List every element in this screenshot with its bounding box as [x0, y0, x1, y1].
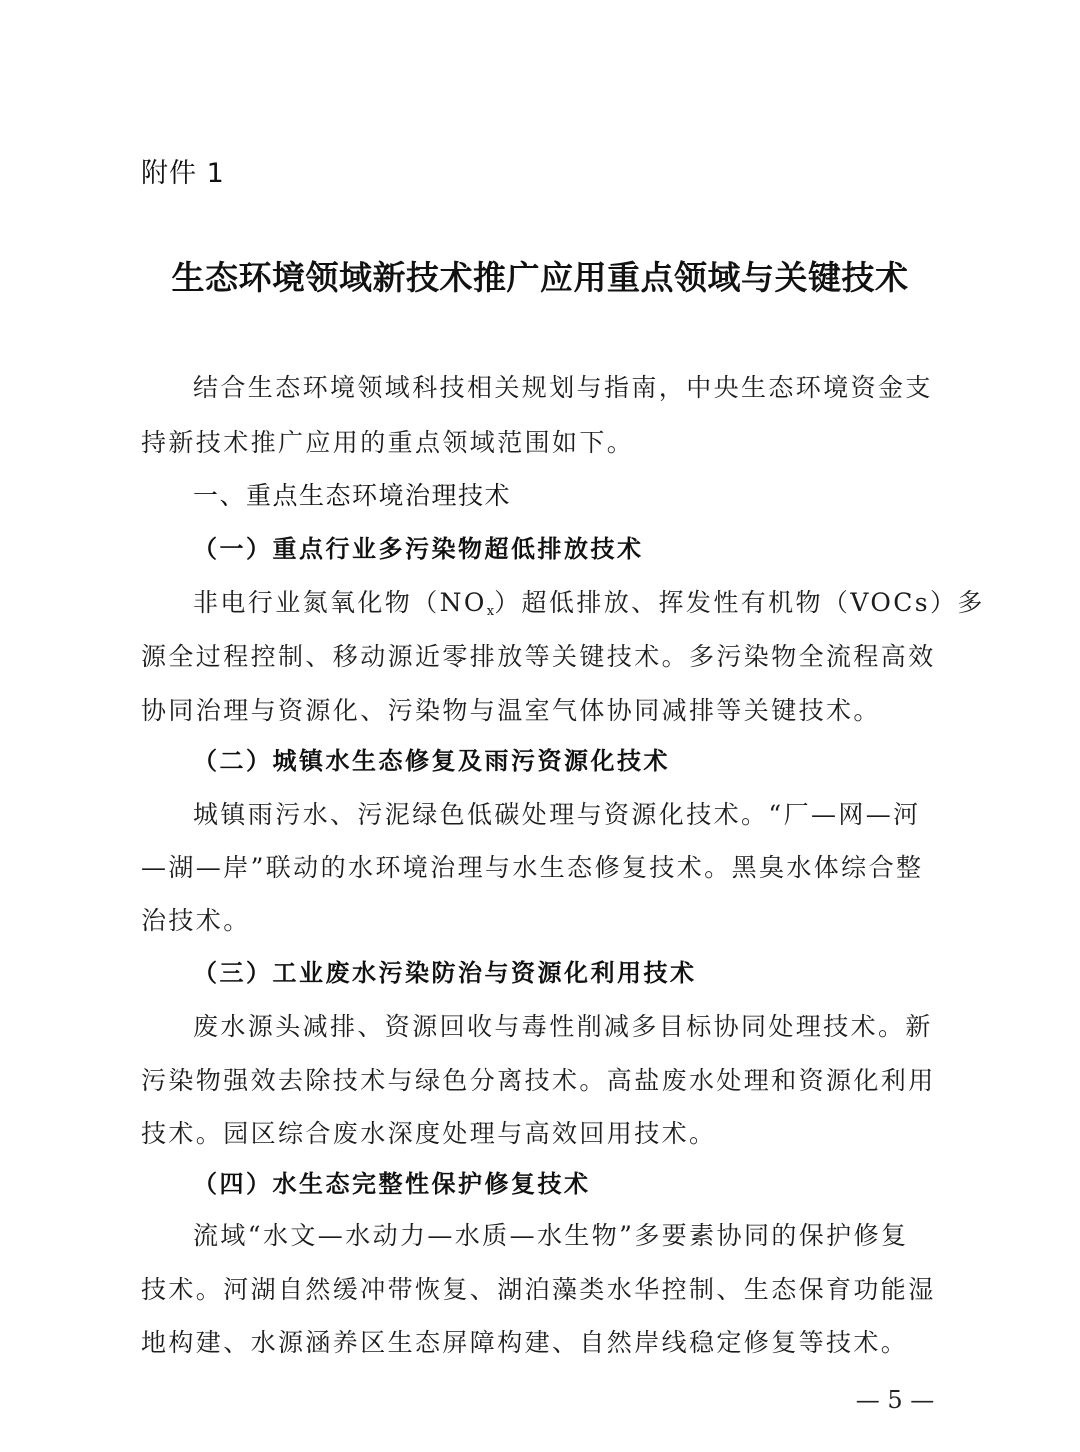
subsection-heading-3: （三）工业废水污染防治与资源化利用技术	[193, 953, 697, 993]
document-page: 附件 1 生态环境领域新技术推广应用重点领域与关键技术 结合生态环境领域科技相关…	[0, 0, 1080, 1452]
intro-line-2: 持新技术推广应用的重点领域范围如下。	[141, 423, 941, 463]
subsection-1-line-2: 源全过程控制、移动源近零排放等关键技术。多污染物全流程高效	[141, 637, 941, 677]
subsection-3-line-1: 废水源头减排、资源回收与毒性削减多目标协同处理技术。新	[193, 1007, 941, 1047]
subsection-1-line-1: 非电行业氮氧化物（NOx）超低排放、挥发性有机物（VOCs）多	[193, 583, 941, 632]
subsection-heading-2: （二）城镇水生态修复及雨污资源化技术	[193, 741, 670, 781]
subsection-2-line-2: —湖—岸”联动的水环境治理与水生态修复技术。黑臭水体综合整	[141, 848, 941, 888]
subsection-4-line-3: 地构建、水源涵养区生态屏障构建、自然岸线稳定修复等技术。	[141, 1323, 941, 1363]
document-title: 生态环境领域新技术推广应用重点领域与关键技术	[0, 256, 1080, 300]
subsection-2-line-3: 治技术。	[141, 901, 941, 941]
subsection-2-line-1: 城镇雨污水、污泥绿色低碳处理与资源化技术。“厂—网—河	[193, 795, 941, 835]
subsection-heading-4: （四）水生态完整性保护修复技术	[193, 1164, 591, 1204]
attachment-label: 附件 1	[141, 156, 225, 192]
subsection-4-line-1: 流域“水文—水动力—水质—水生物”多要素协同的保护修复	[193, 1216, 941, 1256]
subsection-4-line-2: 技术。河湖自然缓冲带恢复、湖泊藻类水华控制、生态保育功能湿	[141, 1270, 941, 1310]
subsection-heading-1: （一）重点行业多污染物超低排放技术	[193, 529, 644, 569]
intro-line-1: 结合生态环境领域科技相关规划与指南，中央生态环境资金支	[193, 368, 941, 408]
vocs-text: ）超低排放、挥发性有机物（VOCs）多	[494, 588, 985, 617]
subsection-1-line-3: 协同治理与资源化、污染物与温室气体协同减排等关键技术。	[141, 691, 941, 731]
section-heading-1: 一、重点生态环境治理技术	[193, 476, 511, 516]
page-number: — 5 —	[840, 1384, 950, 1416]
subsection-3-line-2: 污染物强效去除技术与绿色分离技术。高盐废水处理和资源化利用	[141, 1061, 941, 1101]
subsection-3-line-3: 技术。园区综合废水深度处理与高效回用技术。	[141, 1114, 941, 1154]
nox-text: 非电行业氮氧化物（NO	[193, 588, 487, 617]
